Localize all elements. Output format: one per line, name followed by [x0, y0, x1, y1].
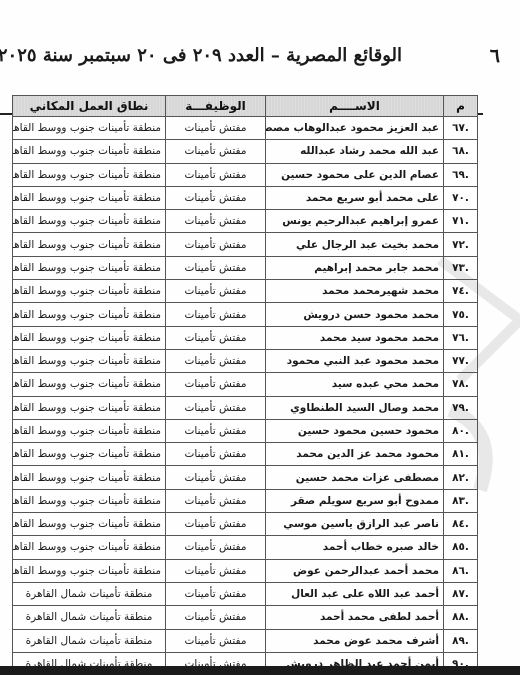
row-area: منطقة تأمينات جنوب ووسط القاهرة	[13, 163, 166, 186]
row-area: منطقة تأمينات شمال القاهرة	[13, 582, 166, 605]
table-row: .٨٠محمود حسين محمود حسينمفتش تأميناتمنطق…	[13, 419, 478, 442]
row-area: منطقة تأمينات جنوب ووسط القاهرة	[13, 513, 166, 536]
table-row: .٧٣محمد جابر محمد إبراهيممفتش تأميناتمنط…	[13, 256, 478, 279]
row-job: مفتش تأمينات	[166, 513, 266, 536]
row-number: .٨٢	[444, 466, 478, 489]
row-job: مفتش تأمينات	[166, 117, 266, 140]
row-job: مفتش تأمينات	[166, 466, 266, 489]
row-number: .٨٩	[444, 629, 478, 652]
row-job: مفتش تأمينات	[166, 489, 266, 512]
table-row: .٨٩أشرف محمد عوض محمدمفتش تأميناتمنطقة ت…	[13, 629, 478, 652]
row-name: خالد صبره خطاب أحمد	[266, 536, 444, 559]
table-row: .٧٤محمد شهيرمحمد محمدمفتش تأميناتمنطقة ت…	[13, 280, 478, 303]
row-number: .٧١	[444, 210, 478, 233]
row-name: عصام الدين على محمود حسين	[266, 163, 444, 186]
table-row: .٧٥محمد محمود حسن درويشمفتش تأميناتمنطقة…	[13, 303, 478, 326]
row-number: .٨٥	[444, 536, 478, 559]
row-name: محمد بخيت عبد الرجال علي	[266, 233, 444, 256]
row-name: محمد وصال السيد الطنطاوي	[266, 396, 444, 419]
table-row: .٧٦محمد محمود سيد محمدمفتش تأميناتمنطقة …	[13, 326, 478, 349]
page-header: ٦ الوقائع المصرية – العدد ٢٠٩ فى ٢٠ سبتم…	[0, 40, 520, 74]
row-name: مصطفى عزات محمد حسين	[266, 466, 444, 489]
header-area: نطاق العمل المكاني	[13, 96, 166, 117]
row-job: مفتش تأمينات	[166, 163, 266, 186]
row-job: مفتش تأمينات	[166, 443, 266, 466]
row-number: .٧٧	[444, 349, 478, 372]
bottom-bar	[0, 666, 520, 675]
row-name: محمد محمود حسن درويش	[266, 303, 444, 326]
header-number: م	[444, 96, 478, 117]
row-area: منطقة تأمينات شمال القاهرة	[13, 629, 166, 652]
row-number: .٧٠	[444, 186, 478, 209]
row-number: .٧٢	[444, 233, 478, 256]
row-number: .٨١	[444, 443, 478, 466]
row-job: مفتش تأمينات	[166, 559, 266, 582]
row-name: أحمد لطفى محمد أحمد	[266, 606, 444, 629]
table-row: .٨٣ممدوح أبو سريع سويلم صقرمفتش تأميناتم…	[13, 489, 478, 512]
row-area: منطقة تأمينات جنوب ووسط القاهرة	[13, 256, 166, 279]
row-job: مفتش تأمينات	[166, 256, 266, 279]
row-job: مفتش تأمينات	[166, 326, 266, 349]
row-area: منطقة تأمينات جنوب ووسط القاهرة	[13, 419, 166, 442]
table-row: .٨٧أحمد عبد اللاه على عبد العالمفتش تأمي…	[13, 582, 478, 605]
row-job: مفتش تأمينات	[166, 629, 266, 652]
row-job: مفتش تأمينات	[166, 396, 266, 419]
row-number: .٧٣	[444, 256, 478, 279]
row-area: منطقة تأمينات جنوب ووسط القاهرة	[13, 559, 166, 582]
row-name: محمود حسين محمود حسين	[266, 419, 444, 442]
row-area: منطقة تأمينات جنوب ووسط القاهرة	[13, 210, 166, 233]
row-number: .٦٩	[444, 163, 478, 186]
row-name: ممدوح أبو سريع سويلم صقر	[266, 489, 444, 512]
row-name: عبد الله محمد رشاد عبدالله	[266, 140, 444, 163]
row-name: عمرو إبراهيم عبدالرحيم يونس	[266, 210, 444, 233]
row-name: عبد العزيز محمود عبدالوهاب مصطفى	[266, 117, 444, 140]
table-row: .٧٩محمد وصال السيد الطنطاويمفتش تأميناتم…	[13, 396, 478, 419]
header-name: الاســــم	[266, 96, 444, 117]
row-area: منطقة تأمينات جنوب ووسط القاهرة	[13, 396, 166, 419]
row-name: محمد جابر محمد إبراهيم	[266, 256, 444, 279]
row-area: منطقة تأمينات جنوب ووسط القاهرة	[13, 117, 166, 140]
row-name: أشرف محمد عوض محمد	[266, 629, 444, 652]
row-area: منطقة تأمينات جنوب ووسط القاهرة	[13, 489, 166, 512]
row-area: منطقة تأمينات جنوب ووسط القاهرة	[13, 466, 166, 489]
table-row: .٧٢محمد بخيت عبد الرجال عليمفتش تأميناتم…	[13, 233, 478, 256]
row-name: محمد أحمد عبدالرحمن عوض	[266, 559, 444, 582]
table-row: .٨٥خالد صبره خطاب أحمدمفتش تأميناتمنطقة …	[13, 536, 478, 559]
row-area: منطقة تأمينات شمال القاهرة	[13, 606, 166, 629]
row-area: منطقة تأمينات جنوب ووسط القاهرة	[13, 140, 166, 163]
row-job: مفتش تأمينات	[166, 233, 266, 256]
row-number: .٧٤	[444, 280, 478, 303]
row-name: على محمد أبو سريع محمد	[266, 186, 444, 209]
table-row: .٦٨عبد الله محمد رشاد عبداللهمفتش تأمينا…	[13, 140, 478, 163]
table-row: .٨٨أحمد لطفى محمد أحمدمفتش تأميناتمنطقة …	[13, 606, 478, 629]
table-row: .٧٨محمد محي عبده سيدمفتش تأميناتمنطقة تأ…	[13, 373, 478, 396]
row-job: مفتش تأمينات	[166, 303, 266, 326]
row-name: أحمد عبد اللاه على عبد العال	[266, 582, 444, 605]
row-number: .٧٥	[444, 303, 478, 326]
table-row: .٨٦محمد أحمد عبدالرحمن عوضمفتش تأميناتمن…	[13, 559, 478, 582]
row-number: .٨٧	[444, 582, 478, 605]
row-number: .٨٠	[444, 419, 478, 442]
row-area: منطقة تأمينات جنوب ووسط القاهرة	[13, 326, 166, 349]
row-job: مفتش تأمينات	[166, 606, 266, 629]
gazette-title: الوقائع المصرية – العدد ٢٠٩ فى ٢٠ سبتمبر…	[0, 45, 402, 66]
inspectors-table: م الاســــم الوظيفـــة نطاق العمل المكان…	[12, 95, 478, 675]
table-row: .٨١محمود محمد عز الدين محمدمفتش تأميناتم…	[13, 443, 478, 466]
row-area: منطقة تأمينات جنوب ووسط القاهرة	[13, 303, 166, 326]
row-name: محمد شهيرمحمد محمد	[266, 280, 444, 303]
table-row: .٦٧عبد العزيز محمود عبدالوهاب مصطفىمفتش …	[13, 117, 478, 140]
row-job: مفتش تأمينات	[166, 536, 266, 559]
row-name: محمود محمد عز الدين محمد	[266, 443, 444, 466]
row-name: محمد محي عبده سيد	[266, 373, 444, 396]
page-number: ٦	[490, 45, 500, 67]
table-row: .٧٠على محمد أبو سريع محمدمفتش تأميناتمنط…	[13, 186, 478, 209]
row-area: منطقة تأمينات جنوب ووسط القاهرة	[13, 280, 166, 303]
row-area: منطقة تأمينات جنوب ووسط القاهرة	[13, 536, 166, 559]
row-job: مفتش تأمينات	[166, 280, 266, 303]
row-number: .٦٨	[444, 140, 478, 163]
row-number: .٦٧	[444, 117, 478, 140]
table-row: .٧٧محمد محمود عبد النبي محمودمفتش تأمينا…	[13, 349, 478, 372]
row-job: مفتش تأمينات	[166, 419, 266, 442]
table-row: .٨٢مصطفى عزات محمد حسينمفتش تأميناتمنطقة…	[13, 466, 478, 489]
row-number: .٨٣	[444, 489, 478, 512]
row-job: مفتش تأمينات	[166, 582, 266, 605]
row-number: .٨٦	[444, 559, 478, 582]
row-area: منطقة تأمينات جنوب ووسط القاهرة	[13, 233, 166, 256]
table-row: .٧١عمرو إبراهيم عبدالرحيم يونسمفتش تأمين…	[13, 210, 478, 233]
row-name: محمد محمود عبد النبي محمود	[266, 349, 444, 372]
row-job: مفتش تأمينات	[166, 373, 266, 396]
row-area: منطقة تأمينات جنوب ووسط القاهرة	[13, 373, 166, 396]
row-area: منطقة تأمينات جنوب ووسط القاهرة	[13, 349, 166, 372]
row-job: مفتش تأمينات	[166, 140, 266, 163]
row-job: مفتش تأمينات	[166, 186, 266, 209]
row-job: مفتش تأمينات	[166, 210, 266, 233]
table-header-row: م الاســــم الوظيفـــة نطاق العمل المكان…	[13, 96, 478, 117]
row-name: ناصر عبد الرازق ياسين موسي	[266, 513, 444, 536]
header-job: الوظيفـــة	[166, 96, 266, 117]
row-number: .٨٤	[444, 513, 478, 536]
row-number: .٧٨	[444, 373, 478, 396]
table-row: .٦٩عصام الدين على محمود حسينمفتش تأمينات…	[13, 163, 478, 186]
row-number: .٧٦	[444, 326, 478, 349]
row-number: .٧٩	[444, 396, 478, 419]
row-job: مفتش تأمينات	[166, 349, 266, 372]
row-area: منطقة تأمينات جنوب ووسط القاهرة	[13, 443, 166, 466]
table-row: .٨٤ناصر عبد الرازق ياسين موسيمفتش تأمينا…	[13, 513, 478, 536]
row-number: .٨٨	[444, 606, 478, 629]
row-area: منطقة تأمينات جنوب ووسط القاهرة	[13, 186, 166, 209]
row-name: محمد محمود سيد محمد	[266, 326, 444, 349]
